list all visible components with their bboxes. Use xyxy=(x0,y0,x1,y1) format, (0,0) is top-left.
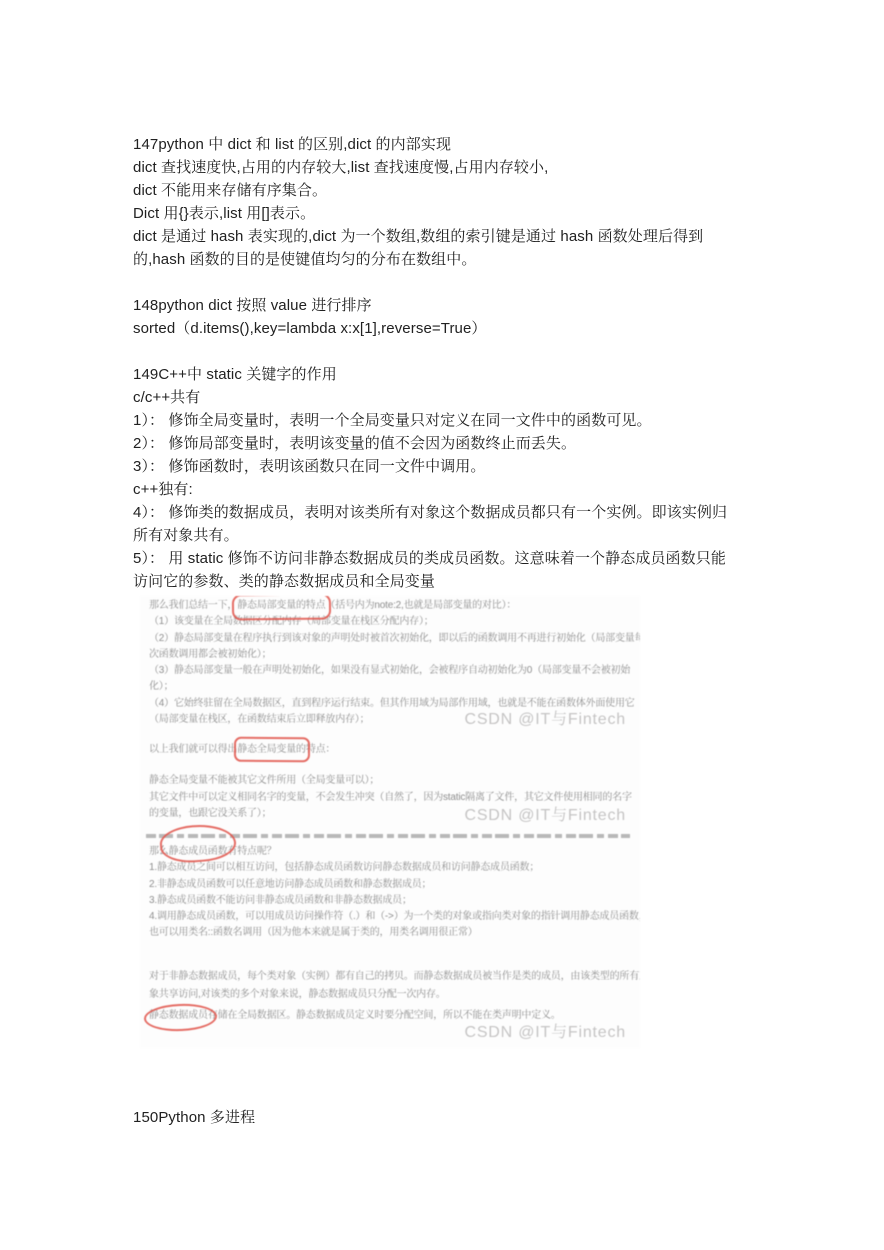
question-147-section: 147python 中 dict 和 list 的区别,dict 的内部实现 d… xyxy=(133,133,773,271)
red-ellipse-annotation: 静态数据成员 xyxy=(149,1008,208,1024)
shot-text: 有特点呢？ xyxy=(227,846,276,857)
shot-text: 那么 xyxy=(149,846,169,857)
shot-text: 以上我们就可以得出 xyxy=(149,744,237,755)
doc-line: Dict 用{}表示,list 用[]表示。 xyxy=(133,202,773,225)
question-148-title: 148python dict 按照 value 进行排序 xyxy=(133,294,773,317)
shot-text: （括号内为note:2,也就是局部变量的对比）： xyxy=(325,600,516,611)
doc-line: 1）： 修饰全局变量时，表明一个全局变量只对定义在同一文件中的函数可见。 xyxy=(133,409,773,432)
embedded-screenshot-image: 那么我们总结一下，静态局部变量的特点（括号内为note:2,也就是局部变量的对比… xyxy=(140,596,640,1048)
shot-text: 特点： xyxy=(306,744,335,755)
static-member-function-block: 那么静态成员函数有特点呢？ 1.静态成员之间可以相互访问，包括静态成员函数访问静… xyxy=(140,844,640,942)
red-ellipse-outline-icon xyxy=(158,822,236,864)
shot-line: 象共享访问,对该类的多个对象来说，静态数据成员只分配一次内存。 xyxy=(149,986,640,1004)
doc-line: dict 是通过 hash 表实现的,dict 为一个数组,数组的索引键是通过 … xyxy=(133,225,773,248)
doc-line: c/c++共有 xyxy=(133,386,773,409)
doc-line: 3）： 修饰函数时，表明该函数只在同一文件中调用。 xyxy=(133,455,773,478)
shot-text: 静态成员函数 xyxy=(169,846,228,857)
red-ellipse-annotation: 静态成员函数 xyxy=(169,844,228,860)
shot-line: 以上我们就可以得出静态全局变量的特点： xyxy=(149,742,640,758)
shot-text: 那么我们总结一下， xyxy=(149,600,237,611)
shot-line: 那么静态成员函数有特点呢？ xyxy=(149,844,640,860)
shot-line: （3）静态局部变量一般在声明处初始化，如果没有显式初始化，会被程序自动初始化为0… xyxy=(149,663,640,679)
doc-line: 的,hash 函数的目的是使键值均匀的分布在数组中。 xyxy=(133,248,773,271)
shot-line: （1）该变量在全局数据区分配内存（局部变量在栈区分配内存）； xyxy=(149,614,640,630)
shot-text: 静态数据成员 xyxy=(149,1010,208,1021)
doc-line: c++独有: xyxy=(133,478,773,501)
shot-text: 静态局部变量的特点 xyxy=(237,600,325,611)
doc-line: dict 不能用来存储有序集合。 xyxy=(133,179,773,202)
code-line: sorted（d.items(),key=lambda x:x[1],rever… xyxy=(133,317,773,340)
shot-line: （2）静态局部变量在程序执行到该对象的声明处时被首次初始化，即以后的函数调用不再… xyxy=(149,631,640,647)
shot-line: 那么我们总结一下，静态局部变量的特点（括号内为note:2,也就是局部变量的对比… xyxy=(149,598,640,614)
static-data-member-block: 对于非静态数据成员，每个类对象（实例）都有自己的拷贝。而静态数据成员被当作是类的… xyxy=(140,968,640,1003)
csdn-watermark: CSDN @IT与Fintech xyxy=(464,706,626,729)
doc-line: dict 查找速度快,占用的内存较大,list 查找速度慢,占用内存较小, xyxy=(133,156,773,179)
doc-line: 4）： 修饰类的数据成员，表明对该类所有对象这个数据成员都只有一个实例。即该实例… xyxy=(133,501,773,524)
shot-line: 1.静态成员之间可以相互访问，包括静态成员函数访问静态数据成员和访问静态成员函数… xyxy=(149,860,640,876)
question-149-title: 149C++中 static 关键字的作用 xyxy=(133,363,773,386)
shot-line: 对于非静态数据成员，每个类对象（实例）都有自己的拷贝。而静态数据成员被当作是类的… xyxy=(149,968,640,986)
clipped-text-line xyxy=(146,834,630,838)
question-148-section: 148python dict 按照 value 进行排序 sorted（d.it… xyxy=(133,294,773,340)
csdn-watermark: CSDN @IT与Fintech xyxy=(464,802,626,825)
doc-line: 5）： 用 static 修饰不访问非静态数据成员的类成员函数。这意味着一个静态… xyxy=(133,547,773,570)
question-150-section: 150Python 多进程 xyxy=(133,1106,773,1129)
shot-text: 静态全局变量的 xyxy=(237,744,306,755)
shot-line: 化）； xyxy=(149,679,640,695)
doc-line: 所有对象共有。 xyxy=(133,524,773,547)
red-box-annotation: 静态全局变量的 xyxy=(237,742,306,758)
doc-line: 访问它的参数、类的静态数据成员和全局变量 xyxy=(133,570,773,593)
blank-line xyxy=(149,758,640,773)
question-149-section: 149C++中 static 关键字的作用 c/c++共有 1）： 修饰全局变量… xyxy=(133,363,773,593)
shot-line: 静态全局变量不能被其它文件所用（全局变量可以）； xyxy=(149,773,640,789)
doc-line: 2）： 修饰局部变量时，表明该变量的值不会因为函数终止而丢失。 xyxy=(133,432,773,455)
shot-line: 也可以用类名::函数名调用（因为他本来就是属于类的，用类名调用很正常） xyxy=(149,925,640,941)
document-page: { "doc": { "s147": { "lines": [ "147pyth… xyxy=(0,0,884,1250)
csdn-watermark: CSDN @IT与Fintech xyxy=(464,1019,626,1042)
question-150-title: 150Python 多进程 xyxy=(133,1106,773,1129)
red-box-annotation: 静态局部变量的特点 xyxy=(237,598,325,614)
shot-line: 4.调用静态成员函数，可以用成员访问操作符（.）和（->）为一个类的对象或指向类… xyxy=(149,909,640,925)
shot-line: 次函数调用都会被初始化）； xyxy=(149,647,640,663)
shot-line: 2.非静态成员函数可以任意地访问静态成员函数和静态数据成员； xyxy=(149,877,640,893)
shot-line: 3.静态成员函数不能访问非静态成员函数和非静态数据成员； xyxy=(149,893,640,909)
question-147-title: 147python 中 dict 和 list 的区别,dict 的内部实现 xyxy=(133,133,773,156)
